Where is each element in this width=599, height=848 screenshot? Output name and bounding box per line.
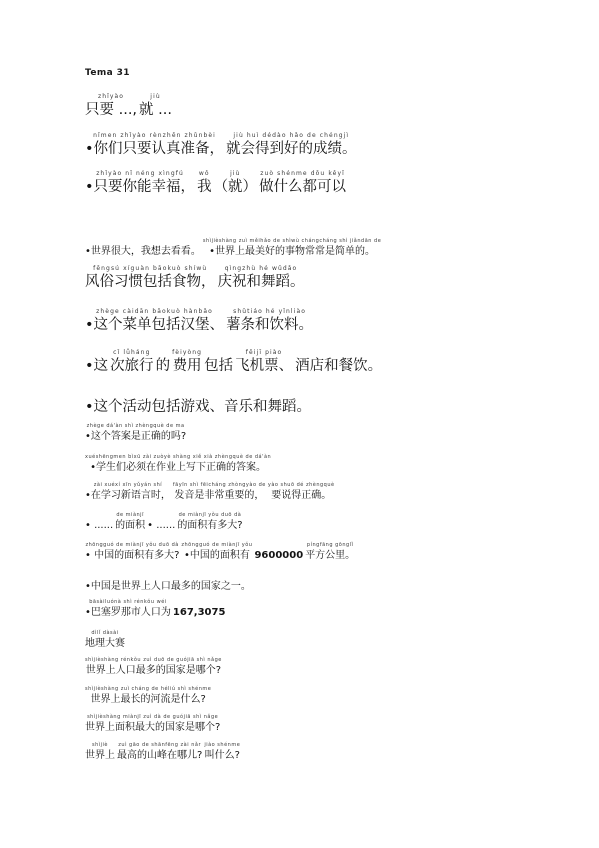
hanzi-text: 就 ... [139, 102, 172, 120]
hanzi-text: 要说得正确。 [268, 489, 335, 502]
hanzi-text: 次旅行 [110, 358, 154, 376]
pinyin-text: shǔtiáo hé yǐnliào [226, 309, 313, 317]
hanzi-text: 庆祝和舞蹈。 [218, 274, 305, 292]
ruby-segment: 167,3075 [173, 600, 226, 619]
ruby-segment: píngfāng gōnglǐ平方公里。 [305, 543, 355, 562]
hanzi-text: •世界很大，我想去看看。 [85, 245, 201, 258]
text-line: nǐmen zhǐyào rènzhēn zhǔnbèi•你们只要认真准备，ji… [85, 133, 545, 159]
ruby-segment: • ...... [147, 513, 175, 532]
ruby-segment: zuì gāo de shānfēng zài nǎr最高的山峰在哪儿? [117, 743, 202, 762]
hanzi-text: •中国是世界上人口最多的国家之一。 [85, 580, 251, 593]
text-line: shìjiè世界上zuì gāo de shānfēng zài nǎr最高的山… [85, 743, 545, 762]
document-body: zhǐyào只要 ...,jiù就 ...nǐmen zhǐyào rènzhē… [85, 94, 545, 762]
hanzi-text: 只要 ..., [85, 102, 137, 120]
ruby-segment: 的 [156, 350, 171, 376]
ruby-segment: fèiyòng费用 [172, 350, 202, 376]
ruby-segment: 9600000 [254, 543, 303, 562]
ruby-segment: dìlǐ dàsài地理大赛 [85, 631, 125, 650]
hanzi-text: •这个答案是正确的吗? [85, 430, 186, 443]
text-line: •这cǐ lǚháng次旅行的fèiyòng费用包括fēijī piào飞机票、… [85, 350, 545, 376]
pinyin-text: de miànjī [115, 513, 145, 519]
hanzi-text: 世界上面积最大的国家是哪个? [85, 721, 220, 734]
ruby-segment: de miànjī的面积 [115, 513, 145, 532]
text-line: dìlǐ dàsài地理大赛 [85, 631, 545, 650]
hanzi-text: 薯条和饮料。 [226, 317, 313, 335]
hanzi-text: （就） [214, 179, 258, 197]
pinyin-text: xuéshēngmen bìxū zài zuòyè shàng xiě xià… [85, 455, 271, 461]
hanzi-text: 叫什么? [204, 749, 240, 762]
ruby-segment: nǐmen zhǐyào rènzhēn zhǔnbèi•你们只要认真准备， [85, 133, 224, 159]
ruby-segment: 酒店和餐饮。 [295, 350, 382, 376]
pinyin-text: zài xuéxí xīn yǔyán shí [85, 483, 171, 489]
hanzi-text: 发音是非常重要的， [173, 489, 266, 502]
hanzi-text: 最高的山峰在哪儿? [117, 749, 202, 762]
hanzi-text: •这个活动包括游戏、音乐和舞蹈。 [85, 399, 311, 417]
pinyin-text: fāyīn shì fēicháng zhòngyào de [173, 483, 266, 489]
ruby-segment: zhège dá'àn shì zhèngquè de ma•这个答案是正确的吗… [85, 424, 186, 443]
pinyin-text: zuì gāo de shānfēng zài nǎr [117, 743, 202, 749]
hanzi-text: •你们只要认真准备， [85, 141, 224, 159]
hanzi-text: •学生们必须在作业上写下正确的答案。 [85, 461, 271, 474]
text-line: bāsàiluónà shì rénkǒu wéi•巴塞罗那市人口为167,30… [85, 600, 545, 619]
ruby-segment: zài xuéxí xīn yǔyán shí•在学习新语言时， [85, 483, 171, 502]
text-line: fēngsú xíguàn bāokuò shíwù风俗习惯包括食物，qìngz… [85, 266, 545, 292]
pinyin-text: jiào shénme [204, 743, 240, 749]
ruby-segment: zhǐyào nǐ néng xìngfú•只要你能幸福， [85, 171, 195, 197]
ruby-segment: fāyīn shì fēicháng zhòngyào de发音是非常重要的， [173, 483, 266, 502]
ruby-segment: shìjièshàng zuì měihǎo de shìwù chángchá… [203, 239, 381, 258]
text-line: shìjièshàng miànjī zuì dà de guójiā shì … [85, 715, 545, 734]
hanzi-text: 平方公里。 [305, 549, 355, 562]
text-line: •世界很大，我想去看看。shìjièshàng zuì měihǎo de sh… [85, 239, 545, 258]
ruby-segment: shìjiè世界上 [85, 743, 115, 762]
hanzi-text: 世界上人口最多的国家是哪个? [85, 664, 222, 677]
ruby-segment: zhōngguó de miànjī yǒu duō dà• 中国的面积有多大? [85, 543, 179, 562]
hanzi-text: •世界上最美好的事物常常是简单的。 [203, 245, 381, 258]
text-line: shìjièshàng zuì cháng de héliú shì shénm… [85, 687, 545, 706]
hanzi-text: •只要你能幸福， [85, 179, 195, 197]
hanzi-text: 酒店和餐饮。 [295, 358, 382, 376]
hanzi-text: 做什么都可以 [259, 179, 346, 197]
pinyin-text: jiù huì dédào hǎo de chéngjì [226, 133, 357, 141]
ruby-segment: jiù（就） [214, 171, 258, 197]
ruby-segment: jiù就 ... [139, 94, 172, 120]
pinyin-text: zhǐyào [85, 94, 137, 102]
document-page: Tema 31 zhǐyào只要 ...,jiù就 ...nǐmen zhǐyà… [0, 0, 599, 848]
pinyin-text: qìngzhù hé wǔdǎo [218, 266, 305, 274]
text-line: • ......de miànjī的面积 • ......de miànjī y… [85, 513, 545, 532]
ruby-segment: jiào shénme叫什么? [204, 743, 240, 762]
hanzi-text: 的面积 [115, 519, 145, 532]
hanzi-text: •在学习新语言时， [85, 489, 171, 502]
ruby-segment: •这个活动包括游戏、音乐和舞蹈。 [85, 391, 311, 417]
ruby-segment: •世界很大，我想去看看。 [85, 239, 201, 258]
pinyin-text [85, 391, 311, 399]
hanzi-text: 167,3075 [173, 606, 226, 619]
pinyin-text: jiù [139, 94, 172, 102]
text-line: zhōngguó de miànjī yǒu duō dà• 中国的面积有多大?… [85, 543, 545, 562]
text-line: shìjièshàng rénkǒu zuì duō de guójiā shì… [85, 658, 545, 677]
hanzi-text: • 中国的面积有多大? [85, 549, 179, 562]
document-content: Tema 31 zhǐyào只要 ...,jiù就 ...nǐmen zhǐyà… [85, 68, 545, 762]
pinyin-text: de miànjī yǒu duō dà [177, 513, 242, 519]
pinyin-text: zhège càidān bāokuò hànbǎo [85, 309, 224, 317]
hanzi-text: 我 [197, 179, 212, 197]
text-line: zhège dá'àn shì zhèngquè de ma•这个答案是正确的吗… [85, 424, 545, 443]
hanzi-text: • ...... [147, 519, 175, 532]
hanzi-text: 包括 [204, 358, 233, 376]
text-line: •中国是世界上人口最多的国家之一。 [85, 574, 545, 593]
page-title: Tema 31 [85, 68, 545, 78]
pinyin-text: nǐmen zhǐyào rènzhēn zhǔnbèi [85, 133, 224, 141]
ruby-segment: yào shuō dé zhèngquè要说得正确。 [268, 483, 335, 502]
text-line: zhǐyào只要 ...,jiù就 ... [85, 94, 545, 120]
hanzi-text: •中国的面积有 [181, 549, 252, 562]
hanzi-text: 飞机票、 [235, 358, 293, 376]
hanzi-text: • ...... [85, 519, 113, 532]
hanzi-text: 就会得到好的成绩。 [226, 141, 357, 159]
ruby-segment: fēijī piào飞机票、 [235, 350, 293, 376]
text-line: xuéshēngmen bìxū zài zuòyè shàng xiě xià… [85, 455, 545, 474]
ruby-segment: de miànjī yǒu duō dà的面积有多大? [177, 513, 242, 532]
pinyin-text: fēngsú xíguàn bāokuò shíwù [85, 266, 216, 274]
ruby-segment: zhège càidān bāokuò hànbǎo•这个菜单包括汉堡、 [85, 309, 224, 335]
pinyin-text: píngfāng gōnglǐ [305, 543, 355, 549]
hanzi-text: •这 [85, 358, 108, 376]
pinyin-text: zhōngguó de miànjī yǒu [181, 543, 252, 549]
ruby-segment: wǒ我 [197, 171, 212, 197]
hanzi-text: 费用 [172, 358, 202, 376]
ruby-segment: cǐ lǚháng次旅行 [110, 350, 154, 376]
pinyin-text: shìjièshàng zuì cháng de héliú shì shénm… [85, 687, 211, 693]
ruby-segment: shìjièshàng miànjī zuì dà de guójiā shì … [85, 715, 220, 734]
ruby-segment: zhǐyào只要 ..., [85, 94, 137, 120]
ruby-segment: shìjièshàng rénkǒu zuì duō de guójiā shì… [85, 658, 222, 677]
text-line: zhǐyào nǐ néng xìngfú•只要你能幸福，wǒ我jiù（就）zu… [85, 171, 545, 197]
hanzi-text: •巴塞罗那市人口为 [85, 606, 171, 619]
ruby-segment: shǔtiáo hé yǐnliào薯条和饮料。 [226, 309, 313, 335]
ruby-segment: jiù huì dédào hǎo de chéngjì就会得到好的成绩。 [226, 133, 357, 159]
hanzi-text: •这个菜单包括汉堡、 [85, 317, 224, 335]
hanzi-text: 地理大赛 [85, 637, 125, 650]
ruby-segment: bāsàiluónà shì rénkǒu wéi•巴塞罗那市人口为 [85, 600, 171, 619]
ruby-segment: •中国是世界上人口最多的国家之一。 [85, 574, 251, 593]
ruby-segment: qìngzhù hé wǔdǎo庆祝和舞蹈。 [218, 266, 305, 292]
text-line: zài xuéxí xīn yǔyán shí•在学习新语言时，fāyīn sh… [85, 483, 545, 502]
hanzi-text: 世界上最长的河流是什么? [85, 693, 211, 706]
ruby-segment: zhōngguó de miànjī yǒu •中国的面积有 [181, 543, 252, 562]
text-line: •这个活动包括游戏、音乐和舞蹈。 [85, 391, 545, 417]
ruby-segment: 包括 [204, 350, 233, 376]
hanzi-text: 9600000 [254, 549, 303, 562]
ruby-segment: zuò shénme dōu kěyǐ做什么都可以 [259, 171, 346, 197]
pinyin-text: shìjièshàng rénkǒu zuì duō de guójiā shì… [85, 658, 222, 664]
text-line: zhège càidān bāokuò hànbǎo•这个菜单包括汉堡、shǔt… [85, 309, 545, 335]
hanzi-text: 的面积有多大? [177, 519, 242, 532]
hanzi-text: 世界上 [85, 749, 115, 762]
pinyin-text: shìjièshàng miànjī zuì dà de guójiā shì … [85, 715, 220, 721]
ruby-segment: shìjièshàng zuì cháng de héliú shì shénm… [85, 687, 211, 706]
pinyin-text: zhège dá'àn shì zhèngquè de ma [85, 424, 186, 430]
pinyin-text: bāsàiluónà shì rénkǒu wéi [85, 600, 171, 606]
pinyin-text: zhōngguó de miànjī yǒu duō dà [85, 543, 179, 549]
ruby-segment: fēngsú xíguàn bāokuò shíwù风俗习惯包括食物， [85, 266, 216, 292]
ruby-segment: •这 [85, 350, 108, 376]
ruby-segment: • ...... [85, 513, 113, 532]
hanzi-text: 风俗习惯包括食物， [85, 274, 216, 292]
ruby-segment: xuéshēngmen bìxū zài zuòyè shàng xiě xià… [85, 455, 271, 474]
pinyin-text: yào shuō dé zhèngquè [268, 483, 335, 489]
hanzi-text: 的 [156, 358, 171, 376]
